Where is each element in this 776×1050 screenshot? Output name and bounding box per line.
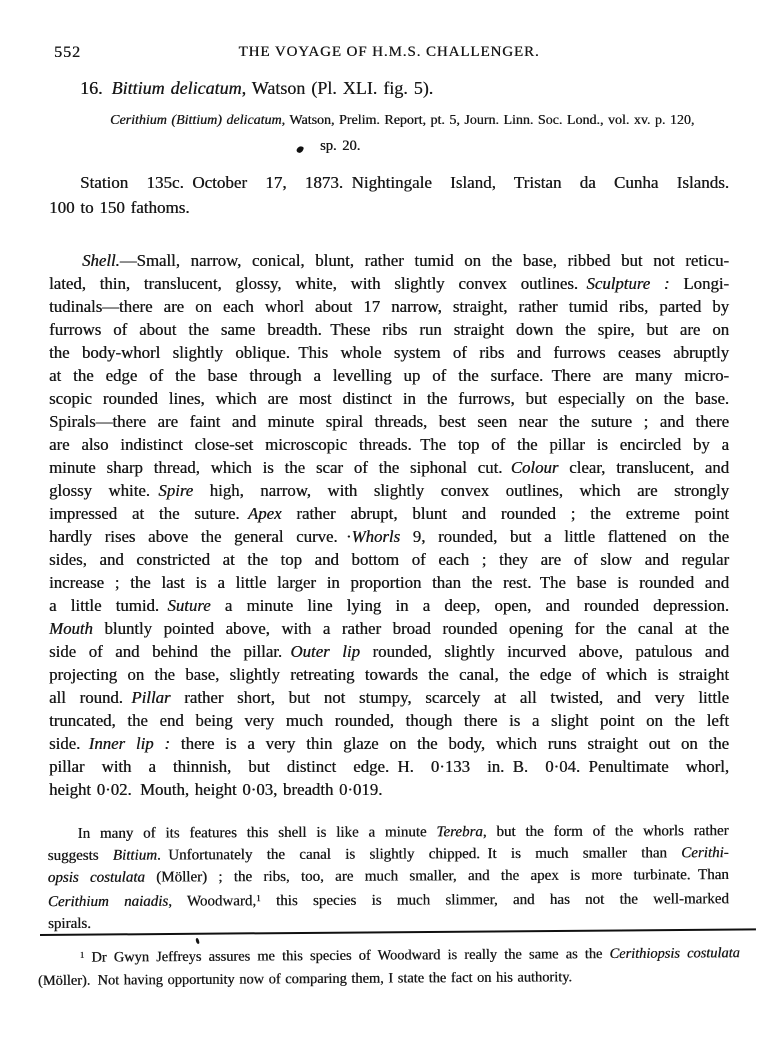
text-segment: Spirals—there are faint and minute spira… xyxy=(49,412,729,431)
text-line: lated, thin, translucent, glossy, white,… xyxy=(49,272,729,295)
ink-speck xyxy=(296,145,304,154)
remarks-paragraph: In many of its features this shell is li… xyxy=(48,820,729,935)
text-segment: suggests xyxy=(48,848,113,864)
text-segment: all round. xyxy=(49,688,131,707)
text-segment: sides, and constricted at the top and bo… xyxy=(49,550,729,569)
text-segment: tudinals—there are on each whorl about 1… xyxy=(49,297,729,316)
text-line: increase ; the last is a little larger i… xyxy=(49,571,729,594)
italic-text: Cerithium naiadis xyxy=(48,894,168,911)
text-segment: (Möller). Not having opportunity now of … xyxy=(38,969,572,989)
text-segment: . Unfortunately the canal is slightly ch… xyxy=(157,845,681,863)
text-line: opsis costulata (Möller) ; the ribs, too… xyxy=(48,864,729,889)
text-segment: hardly rises above the general curve. · xyxy=(49,527,352,546)
text-line: projecting on the base, slightly retreat… xyxy=(49,663,729,686)
text-line: are also indistinct close-set microscopi… xyxy=(49,433,729,456)
text-line: tudinals—there are on each whorl about 1… xyxy=(49,295,729,318)
text-line: truncated, the end being very much round… xyxy=(49,709,729,732)
footnote: 1 Dr Gwyn Jeffreys assures me this speci… xyxy=(38,939,740,992)
text-segment: , but the form of the whorls rather xyxy=(483,823,729,840)
text-line: at the edge of the base through a levell… xyxy=(49,364,729,387)
italic-text: Cerithiopsis costulata xyxy=(609,945,739,962)
text-segment: In many of its features this shell is li… xyxy=(78,824,437,842)
italic-text: Suture xyxy=(167,596,210,615)
italic-text: Cerithi- xyxy=(681,845,729,861)
italic-text: Cerithium (Bittium) delicatum xyxy=(110,113,282,128)
italic-text: Bittium xyxy=(113,848,157,864)
text-line: minute sharp thread, which is the scar o… xyxy=(49,456,729,479)
text-line: sides, and constricted at the top and bo… xyxy=(49,548,729,571)
text-line: side. Inner lip : there is a very thin g… xyxy=(49,732,729,755)
text-segment: rather abrupt, blunt and rounded ; the e… xyxy=(281,504,729,523)
text-segment: clear, translucent, and xyxy=(558,458,729,477)
text-line: hardly rises above the general curve. ·W… xyxy=(49,525,729,548)
italic-text: Shell. xyxy=(82,251,120,270)
text-segment: —Small, narrow, conical, blunt, rather t… xyxy=(120,251,729,270)
text-segment: 9, rounded, but a little flattened on th… xyxy=(400,527,729,546)
text-segment: Longi- xyxy=(669,274,729,293)
book-page: 552 THE VOYAGE OF H.M.S. CHALLENGER. 16.… xyxy=(0,0,776,1050)
text-line: 100 to 150 fathoms. xyxy=(49,195,729,220)
text-line: glossy white. Spire high, narrow, with s… xyxy=(49,479,729,502)
text-segment: impressed at the suture. xyxy=(49,504,248,523)
text-segment: 16. xyxy=(80,78,112,98)
text-line: all round. Pillar rather short, but not … xyxy=(49,686,729,709)
text-segment: at the edge of the base through a levell… xyxy=(49,366,729,385)
text-line: Station 135c. October 17, 1873. Nighting… xyxy=(49,170,729,195)
text-segment: lated, thin, translucent, glossy, white,… xyxy=(49,274,586,293)
italic-text: Sculpture : xyxy=(586,274,669,293)
text-segment: , Watson, Prelim. Report, pt. 5, Journ. … xyxy=(282,113,695,128)
text-segment: (Möller) ; the ribs, too, are much small… xyxy=(145,867,729,886)
text-segment: pillar with a thinnish, but distinct edg… xyxy=(49,757,729,776)
text-line: (Möller). Not having opportunity now of … xyxy=(38,965,740,992)
text-segment: truncated, the end being very much round… xyxy=(49,711,729,730)
text-segment: Station 135c. October 17, 1873. Nighting… xyxy=(80,173,729,192)
text-line: suggests Bittium. Unfortunately the cana… xyxy=(48,842,729,867)
text-line: height 0·02. Mouth, height 0·03, breadth… xyxy=(49,778,729,801)
text-segment: projecting on the base, slightly retreat… xyxy=(49,665,729,684)
synonymy-citation-continuation: sp. 20. xyxy=(320,138,360,155)
text-segment: increase ; the last is a little larger i… xyxy=(49,573,729,592)
text-segment: this species is much slimmer, and has no… xyxy=(261,891,729,909)
italic-text: Mouth xyxy=(49,619,93,638)
text-segment: Dr Gwyn Jeffreys assures me this species… xyxy=(84,946,609,966)
text-line: scopic rounded lines, which are most dis… xyxy=(49,387,729,410)
text-segment: side of and behind the pillar. xyxy=(49,642,290,661)
italic-text: Spire xyxy=(158,481,193,500)
text-segment: rounded, slightly incurved above, patulo… xyxy=(360,642,729,661)
italic-text: Inner lip : xyxy=(89,734,170,753)
text-segment: minute sharp thread, which is the scar o… xyxy=(49,458,511,477)
text-segment: high, narrow, with slightly convex outli… xyxy=(193,481,729,500)
species-heading: 16. Bittium delicatum, Watson (Pl. XLI. … xyxy=(80,78,433,99)
text-line: Cerithium naiadis, Woodward,1 this speci… xyxy=(48,886,729,913)
text-segment: are also indistinct close-set microscopi… xyxy=(49,435,729,454)
text-segment: rather short, but not stumpy, scarcely a… xyxy=(170,688,729,707)
text-line: 1 Dr Gwyn Jeffreys assures me this speci… xyxy=(38,939,740,969)
text-segment: the body-whorl slightly oblique. This wh… xyxy=(49,343,729,362)
text-line: pillar with a thinnish, but distinct edg… xyxy=(49,755,729,778)
species-description: Shell.—Small, narrow, conical, blunt, ra… xyxy=(49,249,729,801)
page-header: 552 THE VOYAGE OF H.M.S. CHALLENGER. xyxy=(49,44,729,66)
text-segment: bluntly pointed above, with a rather bro… xyxy=(93,619,729,638)
text-segment: , Woodward, xyxy=(168,893,256,909)
station-record: Station 135c. October 17, 1873. Nighting… xyxy=(49,170,729,220)
text-line: a little tumid. Suture a minute line lyi… xyxy=(49,594,729,617)
text-segment: furrows of about the same breadth. These… xyxy=(49,320,729,339)
text-line: Spirals—there are faint and minute spira… xyxy=(49,410,729,433)
text-segment: glossy white. xyxy=(49,481,158,500)
text-line: Shell.—Small, narrow, conical, blunt, ra… xyxy=(49,249,729,272)
italic-text: Bittium delicatum xyxy=(112,78,242,98)
text-segment: a minute line lying in a deep, open, and… xyxy=(211,596,729,615)
italic-text: Whorls xyxy=(352,527,400,546)
text-segment: height 0·02. Mouth, height 0·03, breadth… xyxy=(49,780,382,799)
text-segment: there is a very thin glaze on the body, … xyxy=(170,734,729,753)
italic-text: Colour xyxy=(511,458,559,477)
italic-text: opsis costulata xyxy=(48,870,145,886)
italic-text: Outer lip xyxy=(290,642,359,661)
synonymy-citation-line: Cerithium (Bittium) delicatum, Watson, P… xyxy=(110,113,694,129)
text-segment: a little tumid. xyxy=(49,596,167,615)
text-line: In many of its features this shell is li… xyxy=(48,820,729,845)
italic-text: Pillar xyxy=(131,688,170,707)
text-segment: side. xyxy=(49,734,89,753)
text-segment: 100 to 150 fathoms. xyxy=(49,198,190,217)
text-line: side of and behind the pillar. Outer lip… xyxy=(49,640,729,663)
text-segment: spirals. xyxy=(48,916,91,932)
running-head-title: THE VOYAGE OF H.M.S. CHALLENGER. xyxy=(49,44,729,61)
text-segment: , Watson (Pl. XLI. fig. 5). xyxy=(241,78,433,98)
italic-text: Apex xyxy=(248,504,282,523)
text-segment: scopic rounded lines, which are most dis… xyxy=(49,389,729,408)
page-number: 552 xyxy=(54,44,81,62)
text-line: impressed at the suture. Apex rather abr… xyxy=(49,502,729,525)
italic-text: Terebra xyxy=(436,824,482,840)
text-line: the body-whorl slightly oblique. This wh… xyxy=(49,341,729,364)
text-line: Mouth bluntly pointed above, with a rath… xyxy=(49,617,729,640)
text-line: furrows of about the same breadth. These… xyxy=(49,318,729,341)
